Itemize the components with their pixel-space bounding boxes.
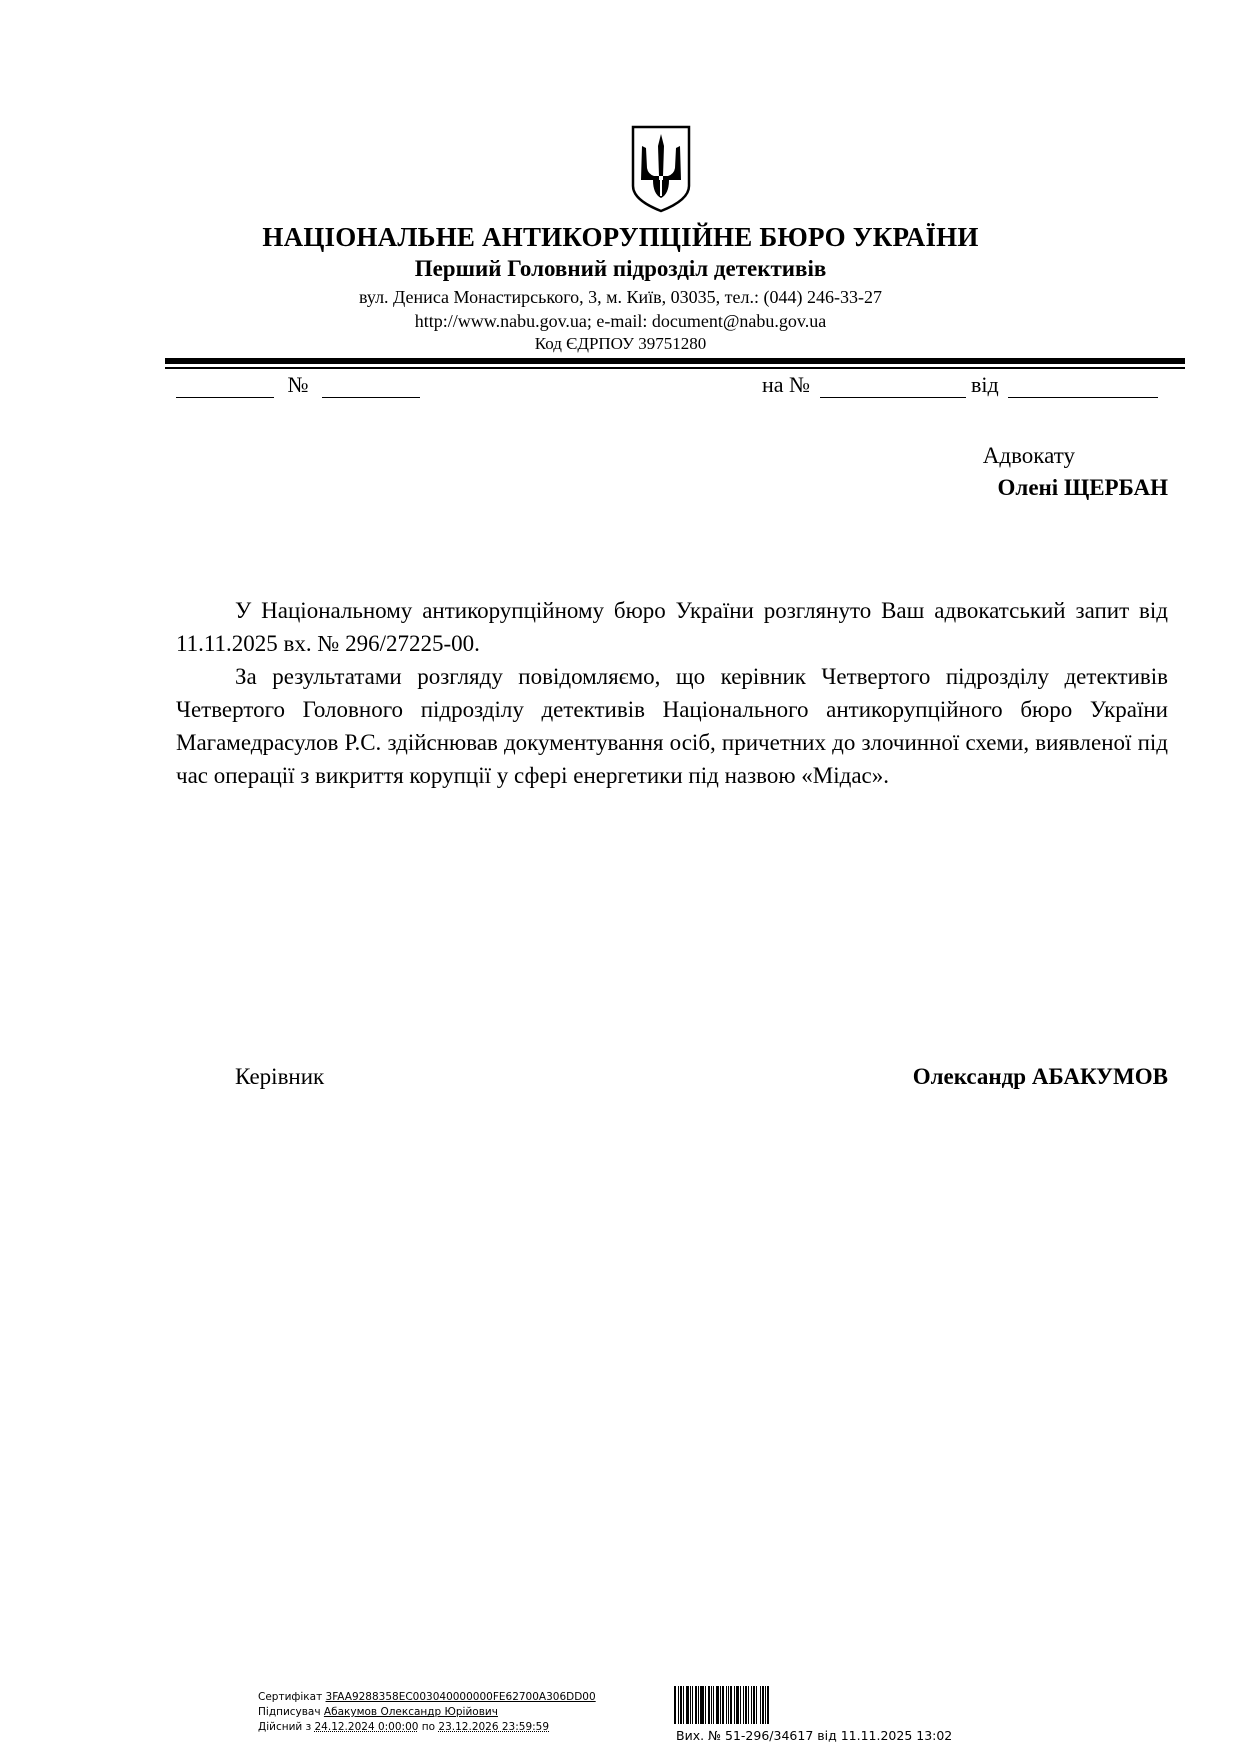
header-divider-thick [165, 358, 1185, 364]
letter-body: У Національному антикорупційному бюро Ук… [176, 594, 1168, 792]
addressee-role: Адвокату [0, 440, 1168, 472]
body-paragraph: За результатами розгляду повідомляємо, щ… [176, 660, 1168, 792]
valid-from-label: Дійсний з [258, 1721, 311, 1733]
body-paragraph: У Національному антикорупційному бюро Ук… [176, 594, 1168, 660]
outgoing-date-blank [176, 375, 274, 398]
signer-line: Підписувач Абакумов Олександр Юрійович [258, 1705, 596, 1720]
certificate-label: Сертифікат [258, 1691, 322, 1703]
valid-to-value: 23.12.2026 23:59:59 [438, 1721, 549, 1733]
outgoing-registration-number: Вих. № 51-296/34617 від 11.11.2025 13:02 [676, 1728, 952, 1743]
trident-coat-of-arms-icon [630, 124, 692, 214]
reply-number-blank [820, 375, 966, 398]
signatory-name: Олександр АБАКУМОВ [0, 1064, 1168, 1090]
header-divider-thin [165, 367, 1185, 369]
reply-reference-field: на № від [762, 372, 1158, 402]
number-sign: № [288, 372, 309, 397]
reply-date-label: від [971, 372, 999, 397]
valid-from-value: 24.12.2024 0:00:00 [315, 1721, 419, 1733]
signer-label: Підписувач [258, 1706, 321, 1718]
edrpou-code: Код ЄДРПОУ 39751280 [0, 334, 1241, 354]
website-email: http://www.nabu.gov.ua; e-mail: document… [0, 311, 1241, 332]
e-signature-block: Сертифікат 3FAA9288358EC003040000000FE62… [258, 1690, 596, 1735]
signer-value: Абакумов Олександр Юрійович [324, 1706, 498, 1718]
outgoing-number-field: № [176, 372, 420, 402]
certificate-value: 3FAA9288358EC003040000000FE62700A306DD00 [326, 1691, 596, 1703]
addressee-name: Олені ЩЕРБАН [0, 472, 1168, 504]
certificate-line: Сертифікат 3FAA9288358EC003040000000FE62… [258, 1690, 596, 1705]
barcode-icon [674, 1686, 806, 1724]
reply-to-label: на № [762, 372, 810, 397]
validity-line: Дійсний з 24.12.2024 0:00:00 по 23.12.20… [258, 1720, 596, 1735]
valid-to-label: по [422, 1721, 435, 1733]
division-name: Перший Головний підрозділ детективів [0, 256, 1241, 282]
reply-date-blank [1008, 375, 1158, 398]
outgoing-number-blank [322, 375, 420, 398]
postal-address: вул. Дениса Монастирського, 3, м. Київ, … [0, 287, 1241, 308]
organization-name: НАЦІОНАЛЬНЕ АНТИКОРУПЦІЙНЕ БЮРО УКРАЇНИ [0, 222, 1241, 253]
